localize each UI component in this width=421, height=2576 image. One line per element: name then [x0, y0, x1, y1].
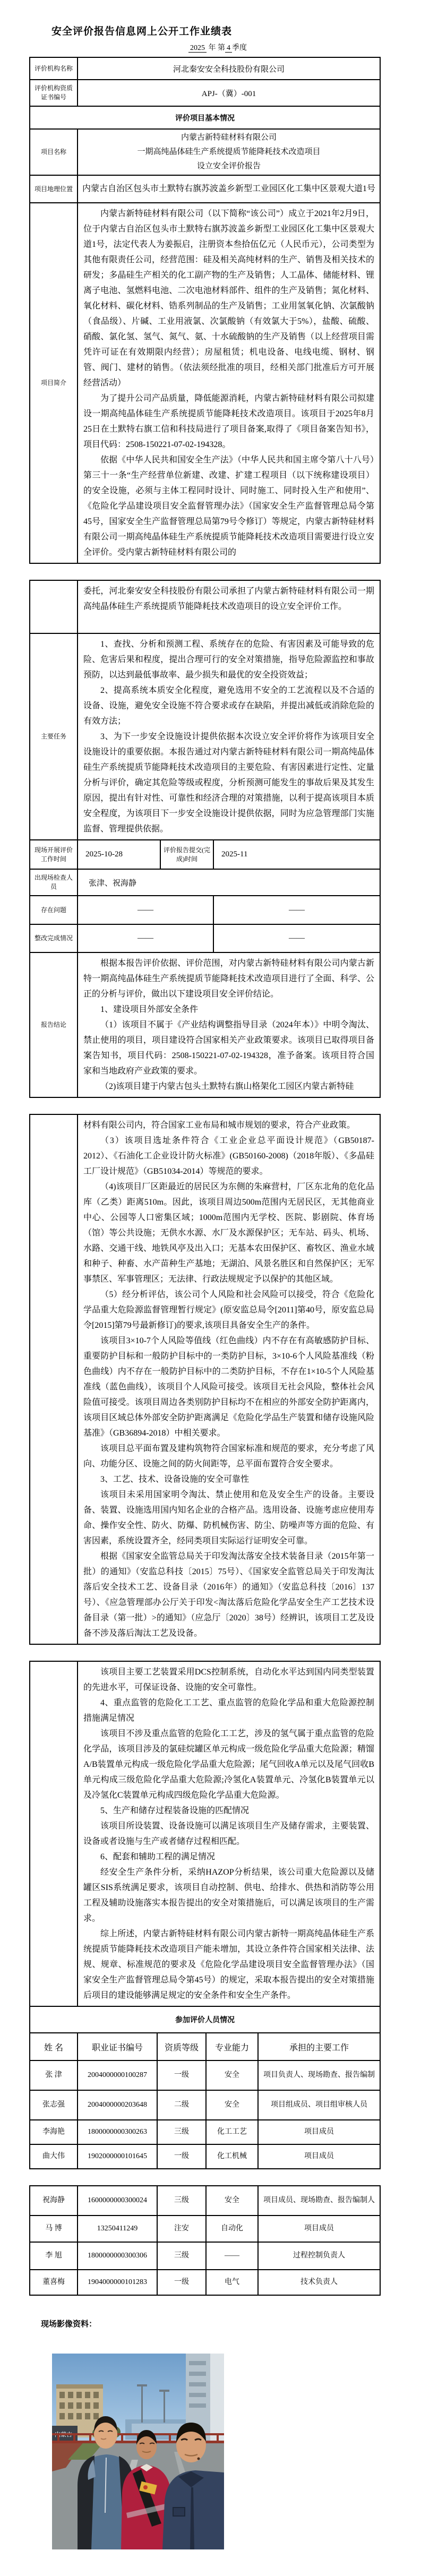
paragraph: 该项目不涉及重点监管的危险化工工艺，涉及的氢气属于重点监管的危险化学品，该项目涉… [83, 1726, 374, 1803]
section-title-basic-info: 评价项目基本情况 [30, 106, 380, 129]
table-row: 报告结论 根据本报告评价依据、评价范围，对内蒙古新特硅材料有限公司内蒙古新特一期… [30, 952, 380, 1097]
cell-level: 二级 [157, 2090, 206, 2120]
report-period: 2025 年 第4季度 [29, 42, 380, 53]
inspectors-value: 张津、祝海静 [78, 869, 380, 896]
location-label: 项目地理位置 [30, 175, 78, 203]
cell-cert: 13250411249 [78, 2216, 157, 2242]
rectify-label: 整改完成情况 [30, 924, 78, 952]
cell-level: 三级 [157, 2186, 206, 2216]
table-row: 评价机构资质证书编号 APJ-（冀）-001 [30, 80, 380, 106]
conclusion-part2-paragraphs: （3）该项目选址条件符合《工业企业总平面设计规范》（GB50187-2012）、… [83, 1133, 374, 1641]
rectify-value-left: —— [78, 924, 213, 952]
cell-cert: 1800000000300306 [78, 2242, 157, 2270]
cell-cert: 2004000000100287 [78, 2060, 157, 2090]
paragraph: 综上所述，内蒙古新特硅材料有限公司内蒙古新特一期高纯晶体硅生产系统提质节能降耗技… [83, 1926, 374, 2003]
period-year: 2025 [188, 44, 207, 53]
table-row: 现场开展评价工作时间 2025-10-28 评价报告提交(完成)时间 2025-… [30, 840, 380, 869]
cell-cert: 2004000000203648 [78, 2090, 157, 2120]
paragraph: 该项目3×10-7个人风险等值线（红色曲线）内不存在有高敏感防护目标、重要防护目… [83, 1333, 374, 1441]
paragraph: （1）该项目不属于《产业结构调整指导目录（2024年本）》中明令淘汰、禁止使用的… [83, 1017, 374, 1079]
cell-cert: 1902000000101645 [78, 2144, 157, 2169]
location-value: 内蒙古自治区包头市土默特右旗苏波盖乡新型工业园区化工集中区景观大道1号 [78, 175, 380, 203]
org-name-value: 河北秦安安全科技股份有限公司 [78, 57, 380, 80]
personnel-rows-page2: 祝海静1600000000300024三级安全项目成员、现场勘查、报告编制人马 … [30, 2186, 380, 2295]
site-photo: 内蒙古 [52, 2354, 224, 2549]
intro-label: 项目简介 [30, 203, 78, 563]
tasks-text: 1、查找、分析和预测工程、系统存在的危险、有害因素及可能导致的危险、危害后果和程… [78, 633, 380, 840]
column-header-cert: 职业证书编号 [78, 2033, 157, 2060]
cell-specialty: 安全 [206, 2090, 258, 2120]
cell-level: 三级 [157, 2242, 206, 2270]
paragraph: 为了提升公司产品质量，降低能源消耗，内蒙古新特硅材料有限公司拟建设一期高纯晶体硅… [83, 391, 374, 452]
project-name-value: 内蒙古新特硅材料有限公司 一期高纯晶体硅生产系统提质节能降耗技术改造项目 设立安… [78, 129, 380, 175]
cell-cert: 1800000000300263 [78, 2120, 157, 2144]
personnel-header-row: 姓 名 职业证书编号 资质等级 专业能力 承担的主要工作 [30, 2033, 380, 2060]
org-cert-label: 评价机构资质证书编号 [30, 80, 78, 106]
cell-name: 张 津 [30, 2060, 78, 2090]
cell-name: 马 博 [30, 2216, 78, 2242]
paragraph: 1、建设项目外部安全条件 [83, 1002, 374, 1017]
personnel-row: 马 博13250411249注安自动化项目成员 [30, 2216, 380, 2242]
cell-work: 项目成员 [258, 2144, 380, 2169]
table-row: 评价项目基本情况 [30, 106, 380, 129]
field-time-label: 现场开展评价工作时间 [30, 840, 78, 869]
media-section-label: 现场影像资料： [41, 2318, 421, 2329]
cell-work: 项目成员 [258, 2216, 380, 2242]
info-table-page1: 评价机构名称 河北秦安安全科技股份有限公司 评价机构资质证书编号 APJ-（冀）… [29, 57, 381, 564]
page-title: 安全评价报告信息网上公开工作业绩表 [29, 23, 380, 38]
table-row: 材料有限公司内，符合国家工业布局和城市规划的要求，符合产业政策。 （3）该项目选… [30, 1114, 380, 1644]
table-row: 存在问题 —— —— [30, 896, 380, 924]
paragraph: 6、配套和辅助工程的满足情况 [83, 1849, 374, 1865]
personnel-row: 张志强2004000000203648二级安全项目组成员、项目组审核人员 [30, 2090, 380, 2120]
paragraph: 5、生产和储存过程装备设施的匹配情况 [83, 1803, 374, 1818]
conclusion-label-continued2 [30, 1661, 78, 2006]
intro-text-part1: 内蒙古新特硅材料有限公司（以下简称“该公司”）成立于2021年2月9日，位于内蒙… [78, 203, 380, 563]
table-row: 项目简介 内蒙古新特硅材料有限公司（以下简称“该公司”）成立于2021年2月9日… [30, 203, 380, 563]
cell-level: 三级 [157, 2120, 206, 2144]
cell-specialty: 电气 [206, 2270, 258, 2295]
personnel-row: 张 津2004000000100287一级安全项目负责人、现场勘查、报告编制 [30, 2060, 380, 2090]
conclusion-label: 报告结论 [30, 952, 78, 1097]
project-name-line: 一期高纯晶体硅生产系统提质节能降耗技术改造项目 [80, 145, 377, 159]
table-row: 该项目主要工艺装置采用DCS控制系统，自动化水平达到国内同类型装置的先进水平，可… [30, 1661, 380, 2006]
cell-level: 注安 [157, 2216, 206, 2242]
paragraph: 4、重点监管的危险化工工艺、重点监管的危险化学品和重大危险源控制措施满足情况 [83, 1695, 374, 1726]
cell-work: 项目组成员、项目组审核人员 [258, 2090, 380, 2120]
paragraph: 根据本报告评价依据、评价范围，对内蒙古新特硅材料有限公司内蒙古新特一期高纯晶体硅… [83, 956, 374, 1002]
table-row: 出现场检查人员 张津、祝海静 [30, 869, 380, 896]
paragraph: 内蒙古新特硅材料有限公司（以下简称“该公司”）成立于2021年2月9日，位于内蒙… [83, 206, 374, 391]
cell-work: 项目成员、现场勘查、报告编制人 [258, 2186, 380, 2216]
tasks-label: 主要任务 [30, 633, 78, 840]
paragraph: 经安全生产条件分析，采纳HAZOP分析结果，该公司重大危险源以及储罐区SIS系统… [83, 1865, 374, 1926]
intro-label-continued [30, 580, 78, 633]
cell-specialty: 化工工艺 [206, 2120, 258, 2144]
paragraph: （4)该项目厂区距最近的居民区为东侧的朱麻营村，厂区东北角的危化品库（乙类）距离… [83, 1179, 374, 1287]
rectify-value-right: —— [213, 924, 380, 952]
problems-value-right: —— [213, 896, 380, 924]
paragraph: 委托，河北秦安安全科技股份有限公司承担了内蒙古新特硅材料有限公司一期高纯晶体硅生… [83, 583, 374, 614]
paragraph: 3、工艺、技术、设备设施的安全可靠性 [83, 1472, 374, 1487]
cell-specialty: 化工机械 [206, 2144, 258, 2169]
project-name-label: 项目名称 [30, 129, 78, 175]
info-table-page3: 材料有限公司内，符合国家工业布局和城市规划的要求，符合产业政策。 （3）该项目选… [29, 1114, 381, 1645]
paragraph: （2)该项目建于内蒙古包头土默特右旗山格架化工园区内蒙古新特硅 [83, 1079, 374, 1094]
conclusion-text-part1: 根据本报告评价依据、评价范围，对内蒙古新特硅材料有限公司内蒙古新特一期高纯晶体硅… [78, 952, 380, 1097]
period-quarter: 4 [225, 44, 232, 53]
cell-name: 董喜梅 [30, 2270, 78, 2295]
personnel-row: 李 旭1800000000300306三级——过程控制负责人 [30, 2242, 380, 2270]
org-name-label: 评价机构名称 [30, 57, 78, 80]
cell-level: 一级 [157, 2270, 206, 2295]
paragraph: （3）该项目选址条件符合《工业企业总平面设计规范》（GB50187-2012）、… [83, 1133, 374, 1179]
project-name-line: 内蒙古新特硅材料有限公司 [80, 131, 377, 145]
column-header-level: 资质等级 [157, 2033, 206, 2060]
cell-work: 项目成员 [258, 2120, 380, 2144]
cell-work: 过程控制负责人 [258, 2242, 380, 2270]
paragraph: 2、提高系统本质安全化程度，避免选用不安全的工艺流程以及不合适的设备、设施，避免… [83, 683, 374, 729]
conclusion-label-continued [30, 1114, 78, 1644]
table-row: 主要任务 1、查找、分析和预测工程、系统存在的危险、有害因素及可能导致的危险、危… [30, 633, 380, 840]
paragraph: 材料有限公司内，符合国家工业布局和城市规划的要求，符合产业政策。 [83, 1118, 374, 1133]
cell-cert: 1904000000101283 [78, 2270, 157, 2295]
personnel-row: 董喜梅1904000000101283一级电气技术负责人 [30, 2270, 380, 2295]
column-header-name: 姓 名 [30, 2033, 78, 2060]
personnel-table-page4: 参加评价人员情况 姓 名 职业证书编号 资质等级 专业能力 承担的主要工作 张 … [29, 2006, 381, 2169]
field-time-value: 2025-10-28 [78, 840, 160, 869]
project-name-line: 设立安全评价报告 [80, 159, 377, 174]
conclusion-text-part3: 该项目主要工艺装置采用DCS控制系统，自动化水平达到国内同类型装置的先进水平，可… [78, 1661, 380, 2006]
paragraph: 根据《国家安全监管总局关于印发淘汰落安全技术装备目录（2015年第一批）的通知》… [83, 1549, 374, 1641]
paragraph: 1、查找、分析和预测工程、系统存在的危险、有害因素及可能导致的危险、危害后果和程… [83, 637, 374, 683]
table-row: 项目名称 内蒙古新特硅材料有限公司 一期高纯晶体硅生产系统提质节能降耗技术改造项… [30, 129, 380, 175]
paragraph: 3、为下一步安全设施设计提供依据本次设立安全评价将作为该项目安全设施设计的重要依… [83, 729, 374, 837]
period-year-label: 年 [209, 44, 216, 52]
problems-label: 存在问题 [30, 896, 78, 924]
info-table-page2: 委托，河北秦安安全科技股份有限公司承担了内蒙古新特硅材料有限公司一期高纯晶体硅生… [29, 580, 381, 1098]
column-header-work: 承担的主要工作 [258, 2033, 380, 2060]
cell-work: 项目负责人、现场勘查、报告编制 [258, 2060, 380, 2090]
personnel-row: 李海艳1800000000300263三级化工工艺项目成员 [30, 2120, 380, 2144]
paragraph: 该项目未采用国家明令淘汰、禁止使用和危及安全生产的设备。主要设备、装置、设施选用… [83, 1487, 374, 1549]
submit-time-value: 2025-11 [213, 840, 380, 869]
cell-name: 曲大伟 [30, 2144, 78, 2169]
paragraph: 该项目所设装置、设备设施可以满足该项目生产及储存需求，主要装置、设备或者设施与生… [83, 1818, 374, 1849]
period-quarter-prefix: 第 [218, 44, 225, 52]
cell-name: 张志强 [30, 2090, 78, 2120]
cell-cert: 1600000000300024 [78, 2186, 157, 2216]
cell-name: 祝海静 [30, 2186, 78, 2216]
paragraph: 该项目主要工艺装置采用DCS控制系统，自动化水平达到国内同类型装置的先进水平，可… [83, 1664, 374, 1695]
table-row: 参加评价人员情况 [30, 2006, 380, 2033]
inspectors-label: 出现场检查人员 [30, 869, 78, 896]
table-row: 项目地理位置 内蒙古自治区包头市土默特右旗苏波盖乡新型工业园区化工集中区景观大道… [30, 175, 380, 203]
personnel-row: 曲大伟1902000000101645一级化工机械项目成员 [30, 2144, 380, 2169]
submit-time-label: 评价报告提交(完成)时间 [160, 840, 213, 869]
problems-value-left: —— [78, 896, 213, 924]
paragraph: （5）经分析评估，该公司个人风险和社会风险可以接受，符合《危险化学品重大危险源监… [83, 1287, 374, 1333]
column-header-specialty: 专业能力 [206, 2033, 258, 2060]
cell-specialty: 安全 [206, 2186, 258, 2216]
cell-level: 一级 [157, 2060, 206, 2090]
conclusion-text-part2: 材料有限公司内，符合国家工业布局和城市规划的要求，符合产业政策。 （3）该项目选… [78, 1114, 380, 1644]
table-row: 整改完成情况 —— —— [30, 924, 380, 952]
cell-name: 李海艳 [30, 2120, 78, 2144]
org-cert-value: APJ-（冀）-001 [78, 80, 380, 106]
period-quarter-label: 季度 [232, 44, 247, 52]
site-photo-graphic: 内蒙古 [52, 2354, 224, 2549]
paragraph: 依据《中华人民共和国安全生产法》（中华人民共和国主席令第八十八号）第三十一条“生… [83, 452, 374, 560]
paragraph: 该项目总平面布置及建构筑物符合国家标准和规范的要求，充分考虑了风向、功能分区、设… [83, 1441, 374, 1472]
cell-specialty: 自动化 [206, 2216, 258, 2242]
info-table-page4: 该项目主要工艺装置采用DCS控制系统，自动化水平达到国内同类型装置的先进水平，可… [29, 1661, 381, 2007]
intro-text-part2: 委托，河北秦安安全科技股份有限公司承担了内蒙古新特硅材料有限公司一期高纯晶体硅生… [78, 580, 380, 633]
table-row: 委托，河北秦安安全科技股份有限公司承担了内蒙古新特硅材料有限公司一期高纯晶体硅生… [30, 580, 380, 633]
personnel-row: 祝海静1600000000300024三级安全项目成员、现场勘查、报告编制人 [30, 2186, 380, 2216]
document-page: 安全评价报告信息网上公开工作业绩表 2025 年 第4季度 评价机构名称 河北秦… [0, 0, 421, 2576]
cell-level: 一级 [157, 2144, 206, 2169]
cell-specialty: —— [206, 2242, 258, 2270]
cell-name: 李 旭 [30, 2242, 78, 2270]
personnel-rows-page1: 张 津2004000000100287一级安全项目负责人、现场勘查、报告编制张志… [30, 2060, 380, 2169]
cell-specialty: 安全 [206, 2060, 258, 2090]
table-row: 评价机构名称 河北秦安安全科技股份有限公司 [30, 57, 380, 80]
section-title-personnel: 参加评价人员情况 [30, 2006, 380, 2033]
cell-work: 技术负责人 [258, 2270, 380, 2295]
personnel-table-page5: 祝海静1600000000300024三级安全项目成员、现场勘查、报告编制人马 … [29, 2185, 381, 2296]
